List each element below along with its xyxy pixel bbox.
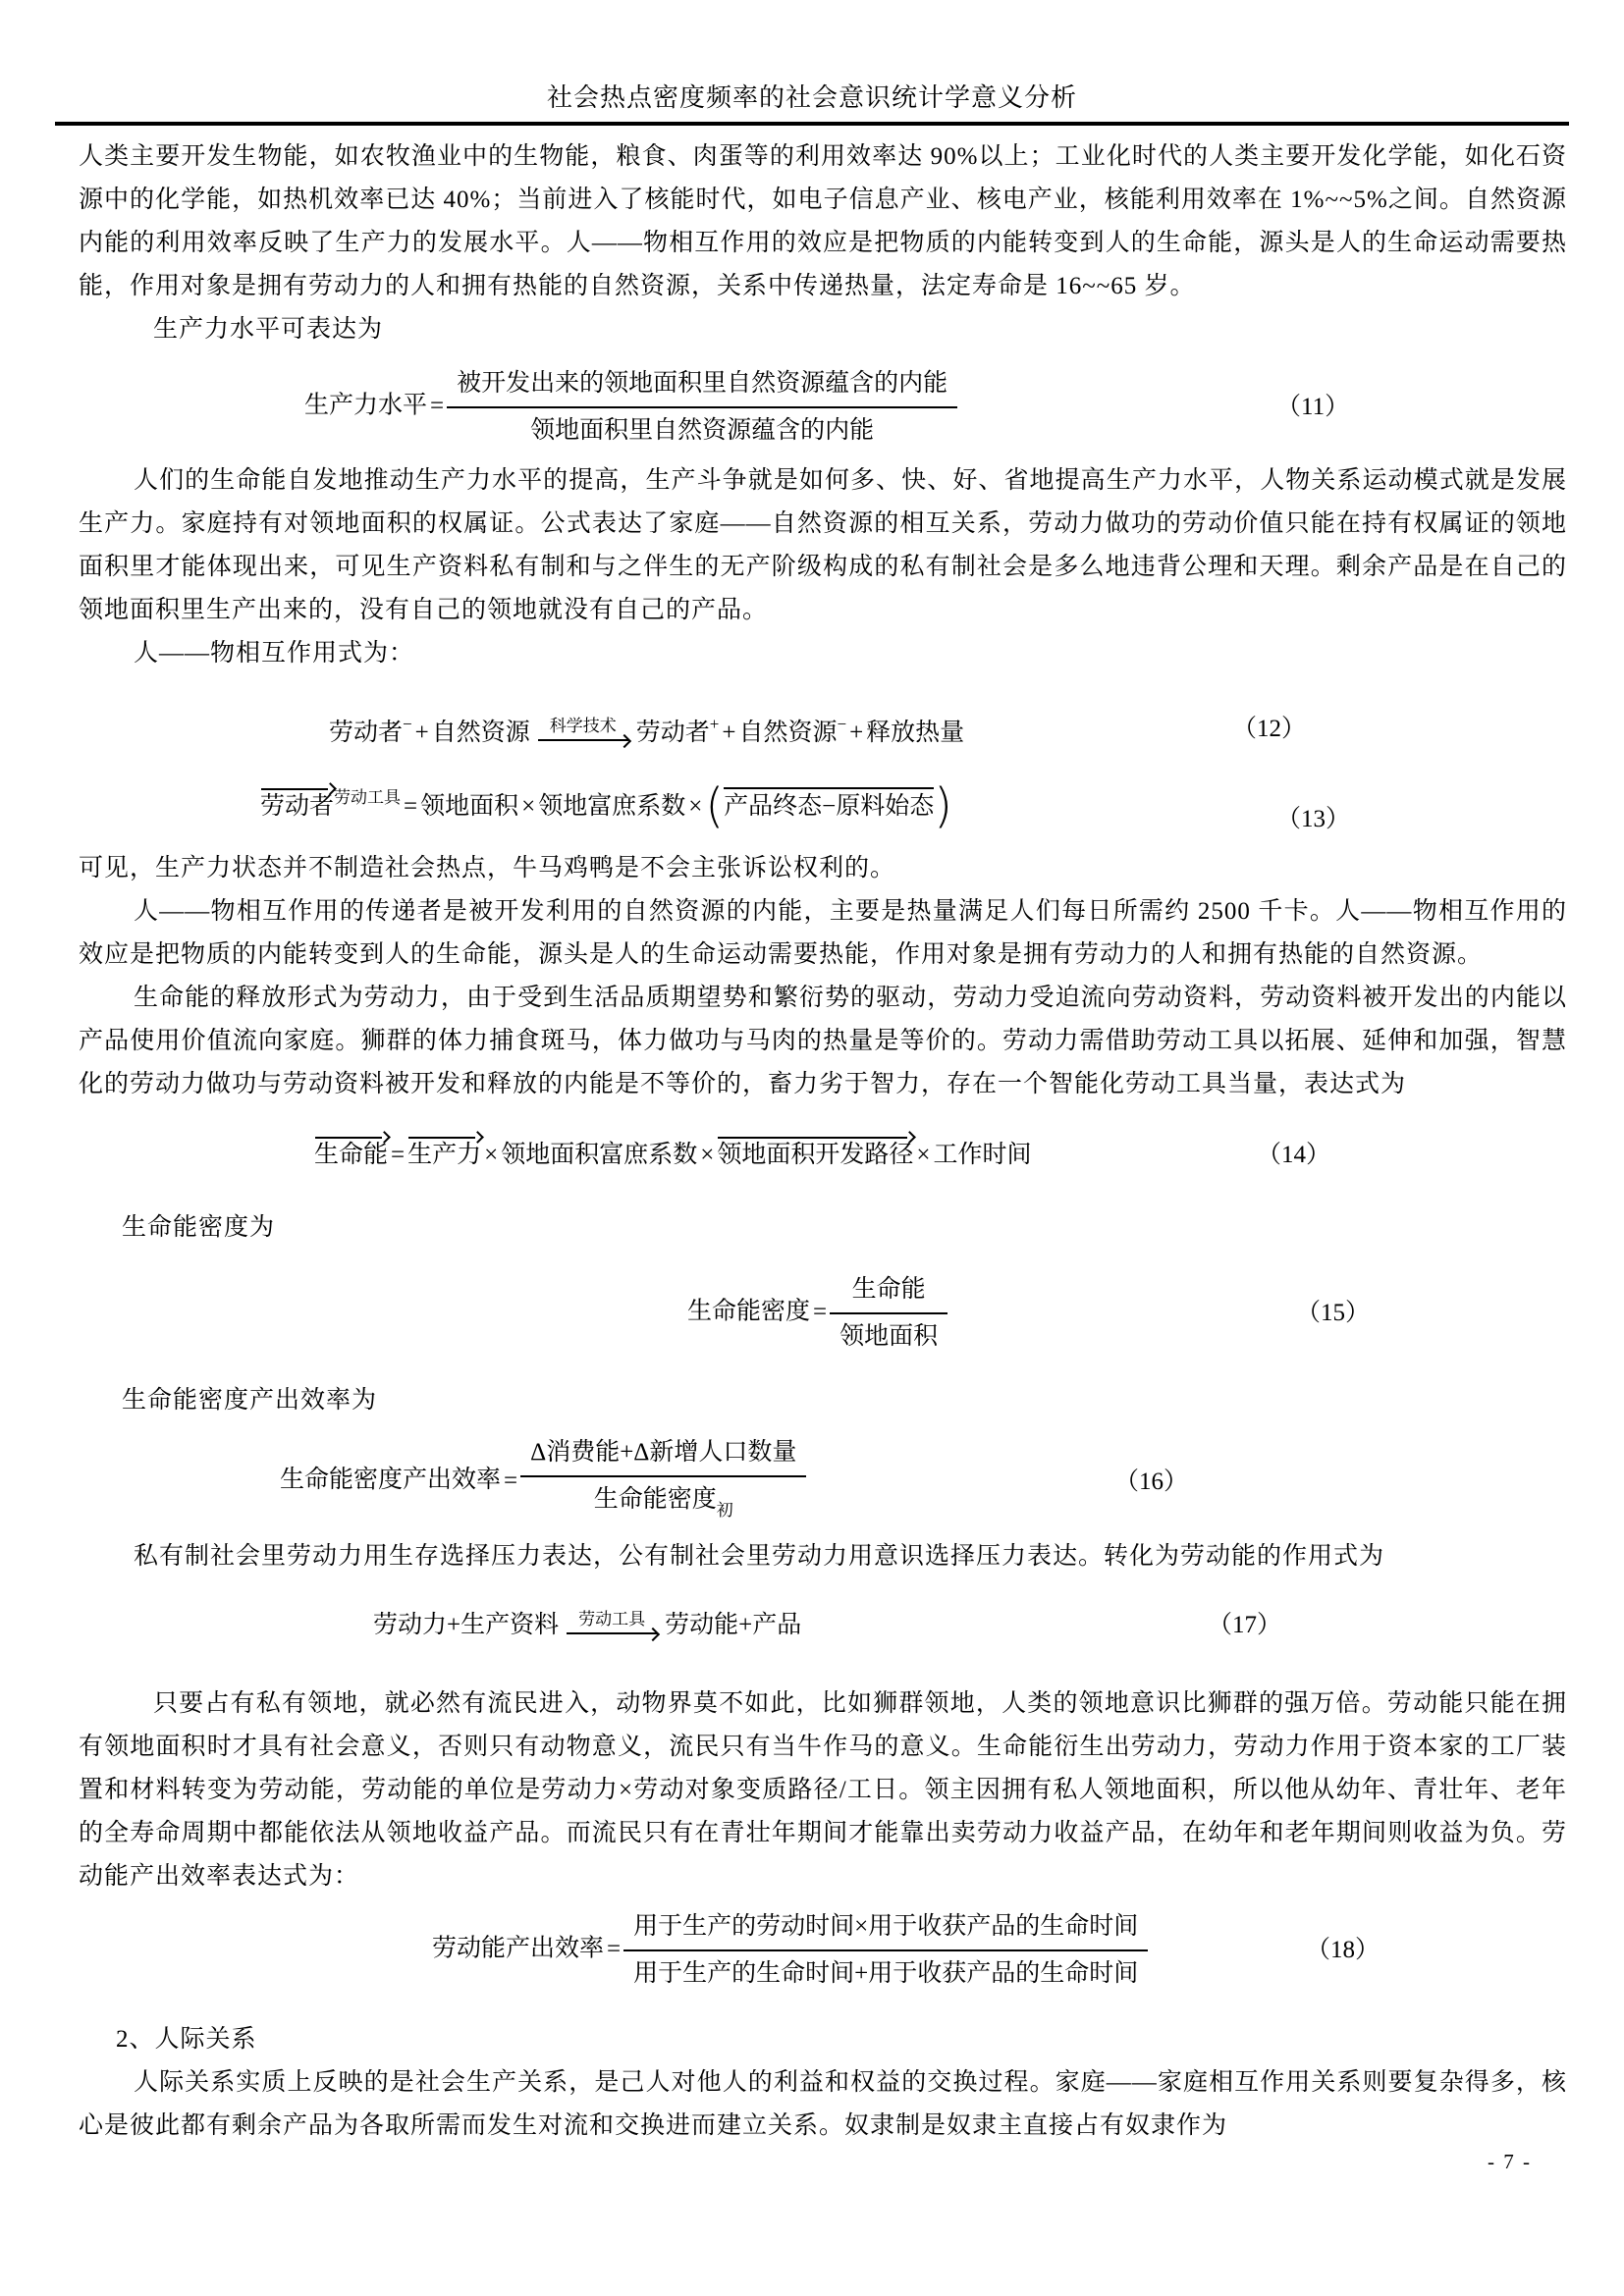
formula-16-den-text: 生命能密度 — [594, 1486, 717, 1513]
formula-16-numerator: Δ消费能+Δ新增人口数量 — [520, 1434, 806, 1477]
superscript-minus: − — [837, 715, 846, 733]
formula-16-lhs: 生命能密度产出效率 — [280, 1468, 501, 1494]
equation-number-17: （17） — [1208, 1604, 1281, 1647]
superscript-labor-tool: 劳动工具 — [334, 788, 401, 807]
formula-16-fraction: Δ消费能+Δ新增人口数量生命能密度初 — [520, 1434, 806, 1529]
section-heading-interpersonal: 2、人际关系 — [79, 2018, 1567, 2061]
paragraph-ownership-pressure: 私有制社会里劳动力用生存选择压力表达，公有制社会里劳动力用意识选择压力表达。转化… — [79, 1535, 1567, 1578]
equals-sign: = — [401, 793, 420, 820]
page-number: - 7 - — [1488, 2150, 1532, 2174]
times-sign: × — [518, 793, 538, 820]
formula-12: 劳动者−+自然资源科学技术劳动者++自然资源−+释放热量 （12） — [79, 703, 1567, 755]
times-sign: × — [481, 1142, 501, 1168]
formula-18-numerator: 用于生产的劳动时间×用于收获产品的生命时间 — [623, 1908, 1148, 1951]
equals-sign: = — [810, 1299, 830, 1325]
formula-13-term2: 领地富庶系数 — [538, 793, 685, 820]
left-parenthesis: ( — [705, 778, 724, 833]
formula-12-reactant1: 劳动者 — [329, 720, 403, 746]
formula-11-numerator: 被开发出来的领地面积里自然资源蕴含的内能 — [447, 365, 957, 408]
formula-14-body: 生命能=生产力×领地面积富庶系数×领地面积开发路径×工作时间 — [314, 1134, 1032, 1177]
arrow-shaft — [567, 1632, 657, 1634]
paragraph-interpersonal-relations: 人际关系实质上反映的是社会生产关系，是己人对他人的利益和权益的交换过程。家庭——… — [79, 2061, 1567, 2148]
plus-sign: + — [846, 720, 866, 746]
equals-sign: = — [388, 1142, 407, 1168]
formula-12-body: 劳动者−+自然资源科学技术劳动者++自然资源−+释放热量 — [329, 703, 964, 755]
equals-sign: = — [427, 393, 447, 419]
lead-human-object-interaction: 人——物相互作用式为： — [79, 632, 1567, 675]
equation-number-12: （12） — [1232, 708, 1306, 751]
formula-18-fraction: 用于生产的劳动时间×用于收获产品的生命时间用于生产的生命时间+用于收获产品的生命… — [623, 1908, 1148, 1993]
formula-11-body: 生产力水平=被开发出来的领地面积里自然资源蕴含的内能领地面积里自然资源蕴含的内能 — [304, 365, 957, 450]
formula-14-term1: 领地面积富庶系数 — [501, 1142, 697, 1168]
arrow-label-labor-tool: 劳动工具 — [567, 1609, 657, 1632]
times-sign: × — [913, 1142, 933, 1168]
document-body: 人类主要开发生物能，如农牧渔业中的生物能，粮食、肉蛋等的利用效率达 90%以上；… — [0, 126, 1624, 2148]
lead-life-energy-density: 生命能密度为 — [79, 1206, 1567, 1250]
formula-15: 生命能密度=生命能领地面积 （15） — [79, 1271, 1567, 1356]
formula-18-lhs: 劳动能产出效率 — [432, 1936, 604, 1962]
paragraph-energy-development: 人类主要开发生物能，如农牧渔业中的生物能，粮食、肉蛋等的利用效率达 90%以上；… — [79, 135, 1567, 308]
formula-18-denominator: 用于生产的生命时间+用于收获产品的生命时间 — [623, 1951, 1148, 1993]
paragraph-energy-transfer: 人——物相互作用的传递者是被开发利用的自然资源的内能，主要是热量满足人们每日所需… — [79, 890, 1567, 977]
plus-sign: + — [719, 720, 738, 746]
right-parenthesis: ) — [934, 778, 952, 833]
equation-number-18: （18） — [1306, 1929, 1380, 1972]
formula-11: 生产力水平=被开发出来的领地面积里自然资源蕴含的内能领地面积里自然资源蕴含的内能… — [79, 365, 1567, 450]
formula-14: 生命能=生产力×领地面积富庶系数×领地面积开发路径×工作时间 （14） — [79, 1134, 1567, 1177]
formula-15-fraction: 生命能领地面积 — [830, 1271, 947, 1356]
formula-12-product1: 劳动者 — [636, 720, 710, 746]
formula-17: 劳动力+生产资料劳动工具劳动能+产品 （17） — [79, 1604, 1567, 1647]
formula-18: 劳动能产出效率=用于生产的劳动时间×用于收获产品的生命时间用于生产的生命时间+用… — [79, 1908, 1567, 1993]
equation-number-16: （16） — [1114, 1461, 1188, 1504]
paragraph-production-struggle: 人们的生命能自发地推动生产力水平的提高，生产斗争就是如何多、快、好、省地提高生产… — [79, 459, 1567, 632]
formula-13-body: 劳动者劳动工具=领地面积×领地富庶系数×(产品终态−原料始态) — [260, 776, 952, 831]
subscript-initial: 初 — [717, 1501, 733, 1520]
formula-13: 劳动者劳动工具=领地面积×领地富庶系数×(产品终态−原料始态) （13） — [79, 776, 1567, 831]
formula-14-life-energy-vector: 生命能 — [314, 1141, 388, 1170]
paragraph-territory-and-migrants: 只要占有私有领地，就必然有流民进入，动物界莫不如此，比如狮群领地，人类的领地意识… — [79, 1682, 1567, 1898]
formula-15-lhs: 生命能密度 — [687, 1299, 810, 1325]
formula-13-lhs-vector: 劳动者 — [260, 792, 334, 822]
superscript-plus: + — [710, 715, 720, 733]
arrow-label-science: 科学技术 — [538, 716, 628, 739]
paragraph-life-energy-release: 生命能的释放形式为劳动力，由于受到生活品质期望势和繁衍势的驱动，劳动力受迫流向劳… — [79, 977, 1567, 1106]
formula-13-term1: 领地面积 — [420, 793, 518, 820]
formula-15-numerator: 生命能 — [830, 1271, 947, 1314]
formula-15-denominator: 领地面积 — [830, 1314, 947, 1356]
formula-16-denominator: 生命能密度初 — [520, 1477, 806, 1529]
lead-productivity-level: 生产力水平可表达为 — [79, 308, 1567, 351]
equation-number-11: （11） — [1276, 386, 1349, 429]
formula-14-productivity-vector: 生产力 — [407, 1141, 481, 1170]
equals-sign: = — [604, 1936, 623, 1962]
formula-11-fraction: 被开发出来的领地面积里自然资源蕴含的内能领地面积里自然资源蕴含的内能 — [447, 365, 957, 450]
formula-11-denominator: 领地面积里自然资源蕴含的内能 — [447, 408, 957, 450]
equals-sign: = — [501, 1468, 520, 1494]
reaction-arrow: 劳动工具 — [567, 1609, 657, 1634]
equation-number-13: （13） — [1276, 798, 1350, 841]
formula-14-term2: 工作时间 — [934, 1142, 1032, 1168]
formula-14-path-vector: 领地面积开发路径 — [717, 1141, 913, 1170]
reaction-arrow: 科学技术 — [538, 716, 628, 741]
formula-16-body: 生命能密度产出效率=Δ消费能+Δ新增人口数量生命能密度初 — [280, 1434, 806, 1529]
formula-13-overline-group: 产品终态−原料始态 — [724, 787, 934, 822]
equation-number-15: （15） — [1296, 1292, 1370, 1335]
page-title: 社会热点密度频率的社会意识统计学意义分析 — [0, 82, 1624, 114]
document-page: 社会热点密度频率的社会意识统计学意义分析 人类主要开发生物能，如农牧渔业中的生物… — [0, 0, 1624, 2296]
formula-12-reactant2: 自然资源 — [432, 720, 530, 746]
formula-17-body: 劳动力+生产资料劳动工具劳动能+产品 — [373, 1604, 801, 1647]
formula-12-product3: 释放热量 — [866, 720, 964, 746]
formula-15-body: 生命能密度=生命能领地面积 — [687, 1271, 947, 1356]
formula-12-product2: 自然资源 — [738, 720, 837, 746]
formula-17-rhs: 劳动能+产品 — [665, 1612, 801, 1638]
plus-sign: + — [412, 720, 432, 746]
page-header: 社会热点密度频率的社会意识统计学意义分析 — [0, 0, 1624, 126]
formula-17-lhs: 劳动力+生产资料 — [373, 1612, 559, 1638]
superscript-minus: − — [403, 715, 412, 733]
paragraph-no-social-hotspot: 可见，生产力状态并不制造社会热点，牛马鸡鸭是不会主张诉讼权利的。 — [79, 847, 1567, 890]
equation-number-14: （14） — [1257, 1134, 1330, 1177]
arrow-shaft — [538, 739, 628, 741]
times-sign: × — [697, 1142, 717, 1168]
formula-18-body: 劳动能产出效率=用于生产的劳动时间×用于收获产品的生命时间用于生产的生命时间+用… — [432, 1908, 1148, 1993]
lead-density-output-efficiency: 生命能密度产出效率为 — [79, 1379, 1567, 1422]
formula-11-lhs: 生产力水平 — [304, 393, 427, 419]
times-sign: × — [685, 793, 705, 820]
formula-16: 生命能密度产出效率=Δ消费能+Δ新增人口数量生命能密度初 （16） — [79, 1434, 1567, 1529]
